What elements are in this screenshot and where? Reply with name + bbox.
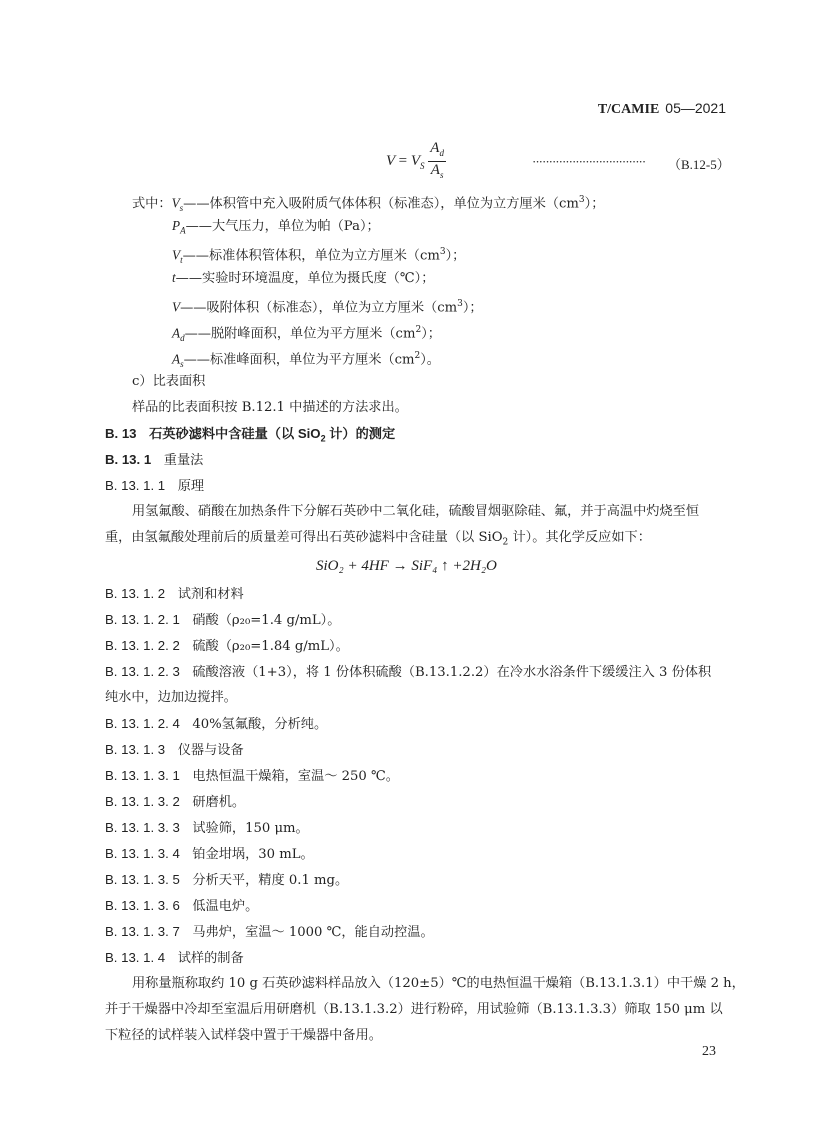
item-number: B. 13. 1. 3. 4 bbox=[105, 846, 180, 861]
page-number: 23 bbox=[702, 1044, 716, 1060]
formula-vs: V bbox=[411, 153, 420, 169]
item-text: 仪器与设备 bbox=[178, 743, 244, 758]
where-line-5: V——吸附体积（标准态），单位为立方厘米（cm3）； bbox=[172, 294, 483, 318]
item-row: B. 13. 1. 3 仪器与设备 bbox=[105, 740, 244, 761]
item-number: B. 13. 1. 4 bbox=[105, 950, 165, 965]
formula-label: （B.12-5） bbox=[668, 154, 730, 173]
where-line-6: Ad——脱附峰面积，单位为平方厘米（cm2）； bbox=[172, 320, 441, 348]
numerator-sub: d bbox=[439, 148, 444, 158]
standard-number: 05—2021 bbox=[665, 100, 726, 116]
heading-number: B. 13 bbox=[105, 426, 137, 441]
where-intro: 式中： bbox=[132, 196, 172, 211]
item-number: B. 13. 1. 3. 2 bbox=[105, 794, 180, 809]
definition-tail: ）； bbox=[421, 326, 441, 341]
formula-vs-sub: S bbox=[420, 161, 425, 171]
symbol: V bbox=[172, 195, 180, 210]
where-line-4: t——实验时环境温度，单位为摄氏度（℃）； bbox=[172, 268, 434, 289]
definition: ——标准峰面积，单位为平方厘米（cm bbox=[184, 352, 415, 367]
item-row: B. 13. 1. 3. 2 研磨机。 bbox=[105, 792, 245, 813]
item-text: 铂金坩埚，30 mL。 bbox=[192, 847, 313, 862]
symbol: V bbox=[172, 299, 180, 314]
item-number: B. 13. 1. 2. 1 bbox=[105, 612, 180, 627]
where-line-2: PA——大气压力，单位为帕（Pa）； bbox=[172, 216, 380, 241]
formula-lhs: V bbox=[386, 153, 395, 169]
item-row: B. 13. 1. 3. 6 低温电炉。 bbox=[105, 896, 258, 917]
item-row: B. 13. 1. 3. 5 分析天平，精度 0.1 mg。 bbox=[105, 870, 348, 891]
denominator: A bbox=[431, 162, 440, 178]
heading-title-end: 计）的测定 bbox=[326, 426, 396, 441]
item-row: B. 13. 1. 4 试样的制备 bbox=[105, 948, 244, 969]
definition: ——大气压力，单位为帕（Pa）； bbox=[186, 219, 380, 234]
principle-line-2: 重，由氢氟酸处理前后的质量差可得出石英砂滤料中含硅量（以 SiO2 计）。其化学… bbox=[105, 528, 651, 553]
denominator-sub: s bbox=[440, 170, 444, 180]
item-number: B. 13. 1. 2. 3 bbox=[105, 664, 180, 679]
definition: ——体积管中充入吸附质气体体积（标准态），单位为立方厘米（cm bbox=[183, 196, 579, 211]
item-text: 试剂和材料 bbox=[178, 587, 244, 602]
item-text: 研磨机。 bbox=[192, 795, 245, 810]
section-c-text: 样品的比表面积按 B.12.1 中描述的方法求出。 bbox=[132, 398, 408, 418]
item-number: B. 13. 1. 3. 3 bbox=[105, 820, 180, 835]
item-text: 硫酸（ρ₂₀=1.84 g/mL）。 bbox=[192, 639, 348, 654]
item-text: 马弗炉，室温～ 1000 ℃，能自动控温。 bbox=[192, 925, 433, 940]
item-number: B. 13. 1. 3. 7 bbox=[105, 924, 180, 939]
where-line-7: As——标准峰面积，单位为平方厘米（cm2）。 bbox=[172, 346, 440, 374]
definition-tail: ）； bbox=[585, 196, 605, 211]
heading-b1311: B. 13. 1. 1 原理 bbox=[105, 476, 204, 497]
item-text: 试验筛，150 μm。 bbox=[192, 821, 308, 836]
item-row: B. 13. 1. 2 试剂和材料 bbox=[105, 584, 244, 605]
item-number: B. 13. 1. 3 bbox=[105, 742, 165, 757]
item-text: 分析天平，精度 0.1 mg。 bbox=[192, 873, 348, 888]
chemical-reaction: SiO₂ + 4HF → SiF₄ ↑ +2H₂O bbox=[316, 556, 497, 576]
symbol: P bbox=[172, 218, 180, 233]
item-row: B. 13. 1. 3. 7 马弗炉，室温～ 1000 ℃，能自动控温。 bbox=[105, 922, 434, 943]
item-row-continuation: 纯水中，边加边搅拌。 bbox=[105, 688, 237, 708]
symbol: A bbox=[172, 325, 180, 340]
where-line-3: Vt——标准体积管体积，单位为立方厘米（cm3）； bbox=[172, 242, 465, 270]
item-text: 电热恒温干燥箱，室温～ 250 ℃。 bbox=[192, 769, 399, 784]
standard-header: T/CAMIE05—2021 bbox=[598, 100, 726, 118]
principle-text-end: 计）。其化学反应如下： bbox=[508, 530, 651, 545]
section-c-title: c）比表面积 bbox=[132, 372, 205, 392]
item-number: B. 13. 1. 3. 5 bbox=[105, 872, 180, 887]
definition: ——吸附体积（标准态），单位为立方厘米（cm bbox=[180, 300, 457, 315]
formula-leader: ·································· bbox=[532, 154, 645, 170]
item-row: B. 13. 1. 3. 1 电热恒温干燥箱，室温～ 250 ℃。 bbox=[105, 766, 399, 787]
item-text: 试样的制备 bbox=[178, 951, 244, 966]
definition-tail: ）。 bbox=[420, 352, 440, 367]
item-row: B. 13. 1. 2. 4 40%氢氟酸，分析纯。 bbox=[105, 714, 327, 735]
document-page: T/CAMIE05—2021 V = VS Ad As ············… bbox=[0, 0, 816, 1145]
heading-number: B. 13. 1 bbox=[105, 452, 151, 467]
prep-line-3: 下粒径的试样装入试样袋中置于干燥器中备用。 bbox=[105, 1026, 382, 1046]
item-number: B. 13. 1. 3. 1 bbox=[105, 768, 180, 783]
standard-org: T/CAMIE bbox=[598, 102, 659, 117]
prep-line-2: 并于干燥器中冷却至室温后用研磨机（B.13.1.3.2）进行粉碎，用试验筛（B.… bbox=[105, 1000, 723, 1020]
definition-tail: ）； bbox=[463, 300, 483, 315]
formula-equals: = bbox=[399, 153, 411, 169]
heading-number: B. 13. 1. 1 bbox=[105, 478, 165, 493]
formula-fraction: Ad As bbox=[428, 140, 446, 183]
item-row: B. 13. 1. 2. 2 硫酸（ρ₂₀=1.84 g/mL）。 bbox=[105, 636, 349, 657]
definition: ——标准体积管体积，单位为立方厘米（cm bbox=[183, 248, 440, 263]
item-row: B. 13. 1. 2. 1 硝酸（ρ₂₀=1.4 g/mL）。 bbox=[105, 610, 340, 631]
definition: ——实验时环境温度，单位为摄氏度（℃）； bbox=[176, 271, 435, 286]
item-number: B. 13. 1. 2. 2 bbox=[105, 638, 180, 653]
heading-title: 石英砂滤料中含硅量（以 SiO bbox=[149, 426, 320, 441]
item-row: B. 13. 1. 3. 3 试验筛，150 μm。 bbox=[105, 818, 309, 839]
symbol: V bbox=[172, 247, 180, 262]
symbol: A bbox=[172, 351, 180, 366]
heading-title: 重量法 bbox=[164, 453, 204, 468]
formula-b12-5: V = VS Ad As bbox=[386, 140, 446, 183]
item-row: B. 13. 1. 3. 4 铂金坩埚，30 mL。 bbox=[105, 844, 314, 865]
definition: ——脱附峰面积，单位为平方厘米（cm bbox=[185, 326, 416, 341]
item-text: 硝酸（ρ₂₀=1.4 g/mL）。 bbox=[192, 613, 340, 628]
item-text: 低温电炉。 bbox=[192, 899, 258, 914]
item-number: B. 13. 1. 3. 6 bbox=[105, 898, 180, 913]
item-text: 硫酸溶液（1+3），将 1 份体积硫酸（B.13.1.2.2）在冷水水浴条件下缓… bbox=[192, 665, 711, 680]
item-text: 纯水中，边加边搅拌。 bbox=[105, 690, 237, 705]
heading-title: 原理 bbox=[178, 479, 204, 494]
principle-line-1: 用氢氟酸、硝酸在加热条件下分解石英砂中二氧化硅，硫酸冒烟驱除硅、氟，并于高温中灼… bbox=[132, 502, 699, 522]
heading-b13: B. 13 石英砂滤料中含硅量（以 SiO2 计）的测定 bbox=[105, 424, 395, 449]
definition-tail: ）； bbox=[446, 248, 466, 263]
item-number: B. 13. 1. 2. 4 bbox=[105, 716, 180, 731]
heading-b131: B. 13. 1 重量法 bbox=[105, 450, 203, 471]
principle-text: 重，由氢氟酸处理前后的质量差可得出石英砂滤料中含硅量（以 SiO bbox=[105, 530, 503, 545]
prep-line-1: 用称量瓶称取约 10 g 石英砂滤料样品放入（120±5）℃的电热恒温干燥箱（B… bbox=[132, 974, 745, 994]
item-text: 40%氢氟酸，分析纯。 bbox=[192, 717, 327, 732]
where-line-1: 式中：Vs——体积管中充入吸附质气体体积（标准态），单位为立方厘米（cm3）； bbox=[132, 190, 604, 218]
item-number: B. 13. 1. 2 bbox=[105, 586, 165, 601]
item-row: B. 13. 1. 2. 3 硫酸溶液（1+3），将 1 份体积硫酸（B.13.… bbox=[105, 662, 711, 683]
